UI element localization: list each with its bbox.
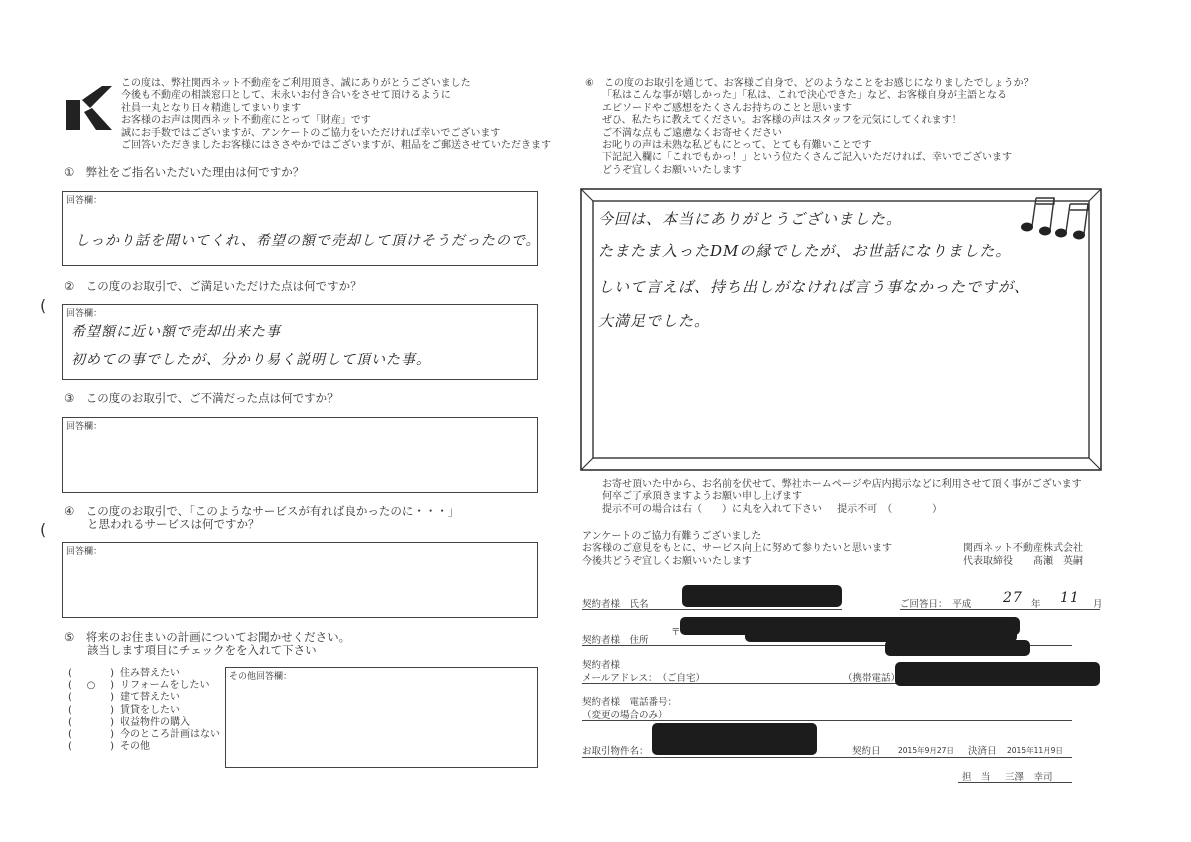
other-answer-label: その他回答欄： (229, 669, 292, 682)
redacted-mobile-field (895, 662, 1100, 686)
contract-date-label: 契約日 (852, 743, 881, 757)
intro-line: 社員一丸となり日々精進してまいります (121, 103, 551, 115)
q6-line: 下記記入欄に「これでもかっ！」という位たくさんご記入いただければ、幸いでございま… (585, 152, 1034, 164)
staff-label: 担 当 (962, 769, 991, 783)
q1-title: ① 弊社をご指名いただいた理由は何ですか？ (64, 166, 304, 179)
consent-row: 提示不可の場合は右（ ）に丸を入れて下さい 提示不可 （ ） (602, 504, 1082, 516)
intro-text: この度は、弊社関西ネット不動産をご利用頂き、誠にありがとうございました 今後も不… (121, 78, 551, 152)
answer-label: 回答欄： (66, 306, 102, 319)
closing-line: 今後共どうぞ宜しくお願いいたします (582, 556, 892, 568)
q6-answer-line: たまたま入ったDMの縁でしたが、お世話になりました。 (598, 240, 1011, 261)
check-mark: ○ (87, 680, 96, 692)
option-item[interactable]: ()今のところ計画はない (68, 729, 220, 741)
option-label: その他 (120, 741, 150, 753)
q6-line: 「私はこんな事が嬉しかった」「私は、これで決心できた」など、お客様自身が主語とな… (585, 90, 1034, 102)
q2-answer-line: 希望額に近い額で売却出来た事 (71, 321, 281, 341)
checkbox[interactable]: () (68, 668, 120, 680)
q2-answer-line: 初めての事でしたが、分かり易く説明して頂いた事。 (71, 349, 431, 369)
q5-title-line2: 該当します項目にチェックをを入れて下さい (87, 644, 317, 657)
margin-mark: ( (40, 296, 46, 315)
property-label: お取引物件名： (582, 743, 649, 757)
option-label: 賃貸をしたい (120, 705, 180, 717)
option-label: 建て替えたい (120, 692, 180, 704)
closing-line: お客様のご意見をもとに、サービス向上に努めて参りたいと思います (582, 543, 892, 555)
consent-prompt: 提示不可の場合は右（ ）に丸を入れて下さい (602, 504, 822, 515)
contract-date: 2015年9月27日 (898, 745, 954, 756)
option-label: リフォームをしたい (120, 680, 210, 692)
address-label: 契約者様 住所 (582, 632, 649, 646)
q4-answer-box[interactable]: 回答欄： (62, 542, 538, 618)
intro-line: お客様のお声は関西ネット不動産にとって「財産」です (121, 115, 551, 127)
notice-line: お寄せ頂いた中から、お名前を伏せて、弊社ホームページや店内掲示などに利用させて頂… (602, 479, 1082, 491)
representative-name: 代表取締役 髙瀬 英嗣 (963, 556, 1083, 568)
notice-line: 何卒ご了承頂きますようお願い申し上げます (602, 491, 1082, 503)
option-label: 今のところ計画はない (120, 729, 220, 741)
answer-date-underline (900, 609, 1100, 610)
q5-options: ()住み替えたい (○)リフォームをしたい ()建て替えたい ()賃貸をしたい … (68, 668, 220, 753)
checkbox[interactable]: () (68, 741, 120, 753)
contractor-name-label: 契約者様 氏名 (582, 596, 649, 610)
q2-answer-box[interactable]: 回答欄： 希望額に近い額で売却出来た事 初めての事でしたが、分かり易く説明して頂… (62, 304, 538, 380)
q6-line: ご不満な点もご遠慮なくお寄せください (585, 128, 1034, 140)
checkbox[interactable]: () (68, 692, 120, 704)
q3-title: ③ この度のお取引で、ご不満だった点は何ですか？ (64, 392, 339, 405)
redacted-property-field (652, 723, 817, 755)
staff-underline (958, 782, 1072, 783)
mobile-label: （携帯電話） (843, 670, 900, 684)
consent-checkbox[interactable]: 提示不可 （ ） (837, 504, 942, 515)
q6-answer-line: 今回は、本当にありがとうございました。 (598, 208, 902, 229)
phone-label-line2: （変更の場合のみ） (582, 707, 668, 721)
publication-notice: お寄せ頂いた中から、お名前を伏せて、弊社ホームページや店内掲示などに利用させて頂… (602, 479, 1082, 516)
option-label: 住み替えたい (120, 668, 180, 680)
staff-name: 三澤 幸司 (1005, 769, 1053, 783)
redacted-name-field (682, 585, 842, 607)
year-unit: 年 (1031, 596, 1041, 610)
margin-mark: ( (40, 520, 46, 539)
intro-line: 誠にお手数ではございますが、アンケートのご協力をいただければ幸いでございます (121, 128, 551, 140)
option-label: 収益物件の購入 (120, 717, 190, 729)
closing-message: アンケートのご協力有難うございました お客様のご意見をもとに、サービス向上に努め… (582, 531, 892, 568)
q3-answer-box[interactable]: 回答欄： (62, 417, 538, 493)
answer-label: 回答欄： (66, 193, 102, 206)
option-item[interactable]: ()建て替えたい (68, 692, 220, 704)
q6-answer-line: しいて言えば、持ち出しがなければ言う事なかったですが、 (598, 276, 1030, 297)
option-item[interactable]: (○)リフォームをしたい (68, 680, 220, 692)
music-notes-icon (1010, 190, 1094, 240)
month-unit: 月 (1093, 596, 1103, 610)
checkbox[interactable]: () (68, 705, 120, 717)
redacted-address-field (885, 640, 1030, 656)
q6-line: お叱りの声は未熟な私どもにとって、とても有難いことです (585, 140, 1034, 152)
phone-label-line1: 契約者様 電話番号： (582, 694, 677, 708)
intro-line: ご回答いただきましたお客様にはささやかではございますが、粗品をご郵送させていただ… (121, 140, 551, 152)
checkbox[interactable]: (○) (68, 680, 120, 692)
q6-line: ⑥ この度のお取引を通じて、お客様ご自身で、どのようなことをお感じになりましたで… (585, 78, 1034, 90)
option-item[interactable]: ()住み替えたい (68, 668, 220, 680)
answer-label: 回答欄： (66, 419, 102, 432)
answer-year[interactable]: 27 (1003, 590, 1023, 606)
q2-title: ② この度のお取引で、ご満足いただけた点は何ですか？ (64, 280, 362, 293)
settlement-date: 2015年11月9日 (1007, 745, 1063, 756)
company-name: 関西ネット不動産株式会社 (963, 543, 1083, 555)
q6-answer-line: 大満足でした。 (598, 310, 710, 331)
answer-label: 回答欄： (66, 544, 102, 557)
k-logo-icon (66, 86, 112, 130)
phone-underline (582, 720, 1072, 721)
intro-line: 今後も不動産の相談窓口として、末永いお付き合いをさせて頂けるように (121, 90, 551, 102)
q6-answer-frame[interactable]: 今回は、本当にありがとうございました。 たまたま入ったDMの縁でしたが、お世話に… (580, 188, 1102, 471)
q1-answer-text: しっかり話を聞いてくれ、希望の額で売却して頂けそうだったので。 (75, 230, 541, 250)
q5-other-box[interactable]: その他回答欄： (225, 667, 538, 768)
settlement-date-label: 決済日 (968, 743, 997, 757)
answer-month[interactable]: 11 (1060, 590, 1080, 606)
email-underline (582, 683, 902, 684)
closing-line: アンケートのご協力有難うございました (582, 531, 892, 543)
q6-prompt: ⑥ この度のお取引を通じて、お客様ご自身で、どのようなことをお感じになりましたで… (585, 78, 1034, 177)
q1-answer-box[interactable]: 回答欄： しっかり話を聞いてくれ、希望の額で売却して頂けそうだったので。 (62, 191, 538, 266)
q6-line: ぜひ、私たちに教えてください。お客様の声はスタッフを元気にしてくれます！ (585, 115, 1034, 127)
option-item[interactable]: ()賃貸をしたい (68, 705, 220, 717)
option-item[interactable]: ()その他 (68, 741, 220, 753)
name-underline (582, 609, 842, 610)
intro-line: この度は、弊社関西ネット不動産をご利用頂き、誠にありがとうございました (121, 78, 551, 90)
q4-title-line2: と思われるサービスは何ですか？ (87, 518, 260, 531)
checkbox[interactable]: () (68, 717, 120, 729)
q6-line: どうぞ宜しくお願いいたします (585, 165, 1034, 177)
email-label-line1: 契約者様 (582, 657, 620, 671)
answer-date-label: ご回答日： 平成 (900, 596, 971, 610)
q6-line: エピソードやご感想をたくさんお持ちのことと思います (585, 103, 1034, 115)
property-underline (582, 757, 1072, 758)
company-logo (66, 86, 112, 130)
checkbox[interactable]: () (68, 729, 120, 741)
option-item[interactable]: ()収益物件の購入 (68, 717, 220, 729)
email-label-line2: メールアドレス： （ご自宅） (582, 670, 705, 684)
